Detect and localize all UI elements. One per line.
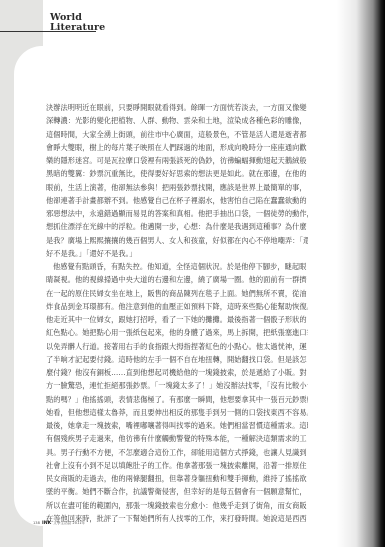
body-line: 想抓住漂浮在光線中的浮粒。他邁開一步，心想：為什麼是我遇到這種事？為什麼	[46, 220, 308, 233]
body-line: 了半晌才記起要付錢。這時他的左手一個不自在地扭轉，開始翻找口袋。但是該怎	[46, 353, 308, 366]
body-line: 炸食品到金耳環都有。他注意到他的血壓正如預料下降，這時來些點心能幫助恢復。	[46, 300, 308, 313]
body-line: 樂的隱形迷宮。可是瓦拉摩口袋裡有兩張該死的偽鈔，彷彿蝙蝠揮動翅起天鵝絨般	[46, 154, 308, 167]
body-line: 具。男子行動不方便，不怎麼適合這份工作，卻能用這個方式掙錢，也讓人見識到	[46, 446, 308, 459]
body-line: 民女商販的走過去，他的兩條腿翻扭，但靠著身軀扭動和雙手揮動，維持了搖搖欲	[46, 472, 308, 485]
body-line: 決辦法明明近在眼前，只要睜開眼就看得到。餘暉一方面恍若淡去，一方面又像變	[46, 101, 308, 114]
body-line: 邪惡想法中，永遠錯過顯而易見的答案和真相。他把手抽出口袋，一個徒勞的動作，	[46, 207, 308, 220]
section-title-line2: Literature	[50, 23, 105, 33]
brand-logo: INK	[42, 521, 51, 526]
body-line: 在等他回來時，批評了一下幫她們所有人找零的工作，來打發時間。她說這是西西	[46, 512, 308, 525]
body-line: 麼付錢？他沒有銅板……直到他想起司機給他的一塊錢披索，於是遞給了小販。對	[46, 366, 308, 379]
body-line: 好不是我。」「還好不是我。」	[46, 247, 308, 260]
body-line: 他卻連著手計畫都辦不到。他感覺自己在杯子裡溺水，他害怕自己陷在蠢蠢欲動的	[46, 194, 308, 207]
section-title: World Literature	[50, 13, 105, 32]
body-line: 睛凝視。他的視線掃過中央大道的右邊和左邊，繞了廣場一圈。他的面前有一群擠	[46, 273, 308, 286]
body-line: 以免弄髒人行道。接著用右手的食指跟大拇指捏著紅色的小點心。他太過恍神，運	[46, 340, 308, 353]
body-line: 墜的平衡。她們不斷合作，抗議警衛侵害，但幸好的是每五個會有一個願意幫忙，	[46, 485, 308, 498]
body-line: 眼前，生活上演著，他卻無法參與！把兩張鈔票找開，應該是世界上最簡單的事，	[46, 181, 308, 194]
paragraph-start-line: 他感覺有點頭昏，有點失控。他知道，全怪這個狀況。於是他停下腳步，瞇起眼	[46, 260, 308, 273]
article-body: 決辦法明明近在眼前，只要睜開眼就看得到。餘暉一方面恍若淡去，一方面又像變 深轉濃…	[46, 101, 308, 525]
body-line: 深轉濃：光影的變化把植物、人群、動物、雲朵和土地，渲染成各種色彩的雕像，	[46, 114, 308, 127]
body-line: 所以在盡可能的範圍內，那張一塊錢披索也分愈小：他幾乎走到了街角，而女商販	[46, 499, 308, 512]
body-line: 有個殘疾男子走過來，他彷彿有什麼觸動警覺的特殊本能，一種解決這類需求的工	[46, 432, 308, 445]
body-line: 紅色點心。她把點心用一張紙包起來，他的身體了過來，馬上拆開，把紙張塞進口袋，	[46, 326, 308, 339]
body-line: 會睜大雙眼，樹上的每片葉子映照在人們踩過的地面，形成向晚時分一座座通向歡	[46, 141, 308, 154]
body-line: 點的嗎？」他搖搖頭，表情悲傷極了。有那麼一瞬間，他想要拿其中一張百元鈔票給	[46, 393, 308, 406]
body-line: 她看，但他想這樣太魯莽，而且要伸出相反的那隻手到另一側的口袋找東西不容易。	[46, 406, 308, 419]
body-line: 是我？廣場上熙熙攘攘的幾百個男人、女人和孩童，好似都在內心不停地嘲弄：「還	[46, 234, 308, 247]
body-line: 黑暗的雙翼：鈔票沉重無比，使得要好好思索的想法更是如此。就在那邊，在他的	[46, 167, 308, 180]
book-spine-shadow	[337, 0, 385, 547]
page-number: 138	[33, 521, 40, 525]
body-line: 社會上沒有小到不足以填飽肚子的工作。他拿著那張一塊披索離開，沿著一排原住	[46, 459, 308, 472]
body-line: 他走近其中一位婦女，跟她打招呼，看了一下她的攤攤。最後指著一個骰子形狀的	[46, 313, 308, 326]
page-footer: 138 INK 文學生活誌 2011年	[33, 521, 85, 526]
publication-name: 文學生活誌 2011年	[53, 521, 85, 525]
body-line: 在一起的原住民婦女坐在地上，販售的商品陳列在毯子上面。她們無所不賣，從油	[46, 287, 308, 300]
body-line: 最後，她拿走一塊披索，嘴裡嘟嚷著得叫找零的過來。她們相當習慣這種需求。這時，	[46, 419, 308, 432]
body-line: 方一臉驚恐，連忙拒絕那張鈔票。「一塊錢太多了！」她沒辦法找零，「沒有比較小一	[46, 379, 308, 392]
body-line: 這個時間，大家全湧上街頭，前往市中心廣面，這般景色，不管是活人還是逝者都	[46, 128, 308, 141]
